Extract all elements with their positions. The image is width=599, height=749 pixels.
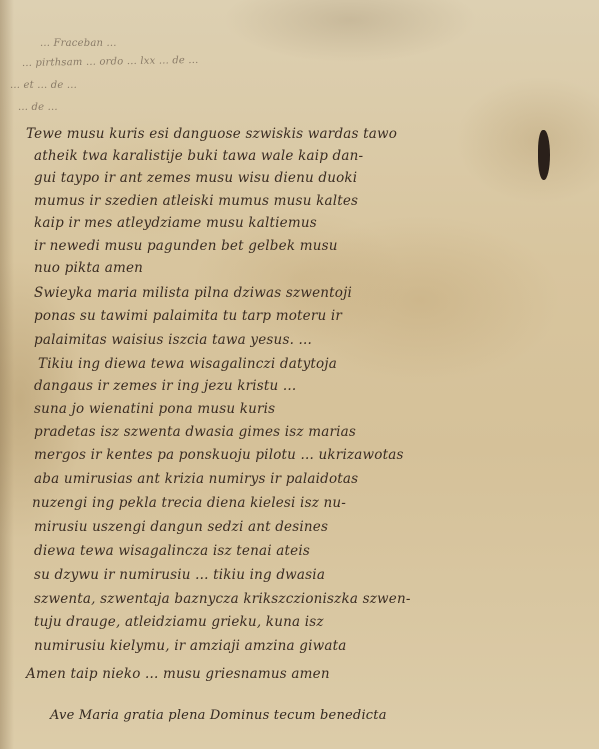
header-note: ... de ...	[18, 102, 58, 113]
page-edge-shadow	[0, 0, 14, 749]
text-line: Swieyka maria milista pilna dziwas szwen…	[34, 285, 352, 301]
text-line: suna jo wienatini pona musu kuris	[34, 401, 275, 417]
text-line: nuo pikta amen	[34, 260, 143, 276]
text-line: Ave Maria gratia plena Dominus tecum ben…	[50, 708, 387, 723]
text-line: palaimitas waisius iszcia tawa yesus. ..…	[34, 332, 312, 348]
text-line: Amen taip nieko ... musu griesnamus amen	[26, 666, 330, 682]
header-note: ... pirthsam ... ordo ... lxx ... de ...	[22, 55, 199, 69]
text-line: ir newedi musu pagunden bet gelbek musu	[34, 238, 338, 254]
text-line: aba umirusias ant krizia numirys ir pala…	[34, 471, 358, 487]
text-line: kaip ir mes atleydziame musu kaltiemus	[34, 215, 317, 231]
text-line: dangaus ir zemes ir ing jezu kristu ...	[34, 378, 296, 394]
text-line: Tewe musu kuris esi danguose szwiskis wa…	[26, 126, 397, 142]
ink-blot	[538, 130, 550, 180]
text-line: mergos ir kentes pa ponskuoju pilotu ...…	[34, 447, 404, 463]
text-line: tuju drauge, atleidziamu grieku, kuna is…	[34, 614, 324, 630]
text-line: ponas su tawimi palaimita tu tarp moteru…	[34, 308, 342, 324]
text-line: Tikiu ing diewa tewa wisagalinczi datyto…	[38, 356, 337, 372]
text-line: su dzywu ir numirusiu ... tikiu ing dwas…	[34, 567, 325, 583]
text-line: mumus ir szedien atleiski mumus musu kal…	[34, 193, 358, 209]
text-line: nuzengi ing pekla trecia diena kielesi i…	[32, 495, 346, 511]
text-line: gui taypo ir ant zemes musu wisu dienu d…	[34, 170, 357, 186]
manuscript-page: ... Fraceban ... ... pirthsam ... ordo .…	[0, 0, 599, 749]
text-line: pradetas isz szwenta dwasia gimes isz ma…	[34, 424, 356, 440]
header-note: ... Fraceban ...	[40, 38, 117, 49]
text-line: diewa tewa wisagalincza isz tenai ateis	[34, 543, 310, 559]
text-line: atheik twa karalistije buki tawa wale ka…	[34, 148, 363, 164]
header-note: ... et ... de ...	[10, 80, 77, 91]
text-line: szwenta, szwentaja baznycza krikszczioni…	[34, 591, 411, 607]
text-line: mirusiu uszengi dangun sedzi ant desines	[34, 519, 328, 535]
text-line: numirusiu kielymu, ir amziaji amzina giw…	[34, 638, 347, 654]
